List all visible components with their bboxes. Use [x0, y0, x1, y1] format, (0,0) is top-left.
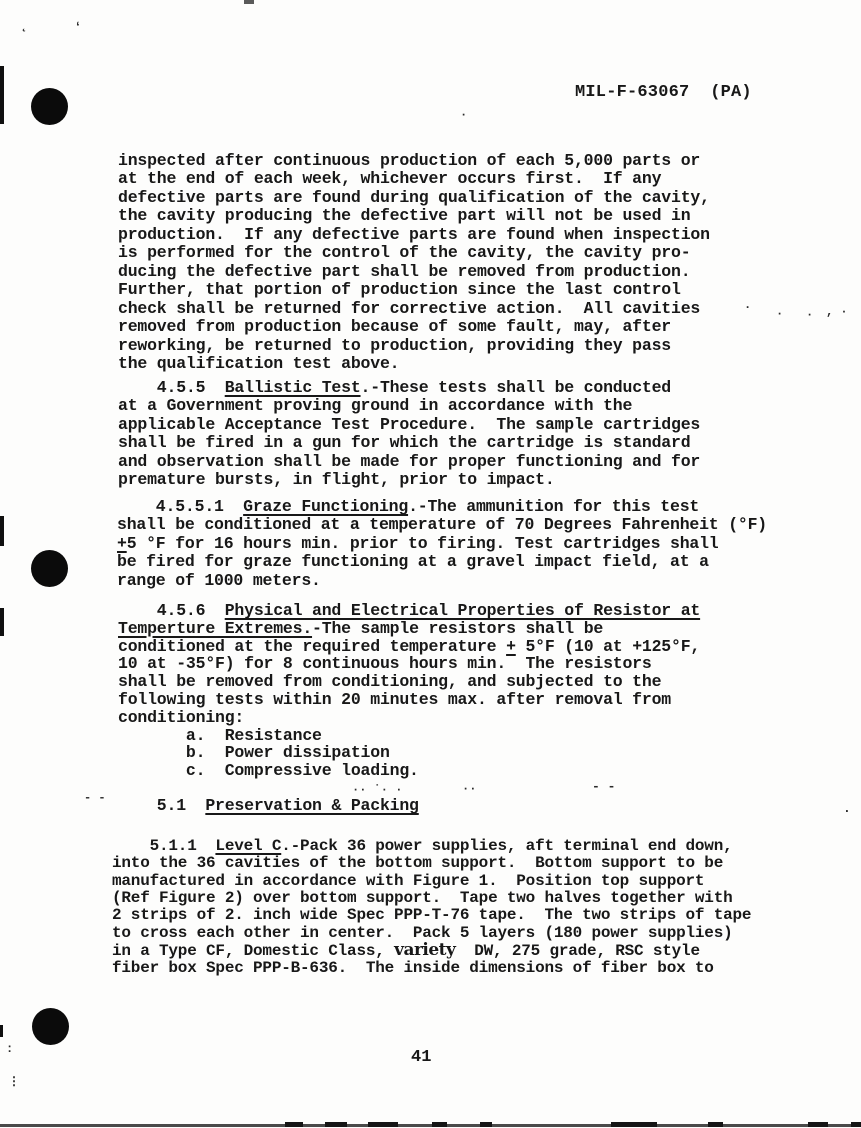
text-line: conditioning:: [118, 709, 700, 727]
text-line: Further, that portion of production sinc…: [118, 281, 710, 299]
text-line: following tests within 20 minutes max. a…: [118, 691, 700, 709]
text-line: b. Power dissipation: [118, 744, 700, 762]
scan-speck: ʻ: [74, 20, 82, 35]
hole-punch-middle: [31, 550, 68, 587]
scan-speck: ·: [460, 108, 467, 122]
text-line: (Ref Figure 2) over bottom support. Tape…: [112, 890, 751, 907]
scan-speck: ·: [776, 307, 783, 321]
text-line: shall be removed from conditioning, and …: [118, 673, 700, 691]
text-line: production. If any defective parts are f…: [118, 226, 710, 244]
hole-punch-top: [31, 88, 68, 125]
inserted-word: variety: [394, 940, 455, 960]
text-line: +5 °F for 16 hours min. prior to firing.…: [117, 535, 767, 553]
text-line: removed from production because of some …: [118, 318, 710, 336]
text-line: reworking, be returned to production, pr…: [118, 337, 710, 355]
scan-speck: :: [6, 1042, 13, 1056]
scan-speck: ˛: [20, 18, 28, 33]
text-line: 2 strips of 2. inch wide Spec PPP-T-76 t…: [112, 907, 751, 924]
text-line: in a Type CF, Domestic Class, variety DW…: [112, 942, 751, 960]
text-line: a. Resistance: [118, 727, 700, 745]
scanned-document-page: MIL-F-63067 (PA) inspected after continu…: [0, 0, 861, 1128]
scan-bottom-edge: [480, 1122, 492, 1127]
hole-punch-bottom: [32, 1008, 69, 1045]
text-line: 5.1 Preservation & Packing: [118, 797, 419, 815]
scan-bottom-edge: [0, 1124, 861, 1127]
text-line: 4.5.5.1 Graze Functioning.-The ammunitio…: [117, 498, 767, 516]
text-line: range of 1000 meters.: [117, 572, 767, 590]
text-line: applicable Acceptance Test Procedure. Th…: [118, 416, 700, 434]
scan-edge-mark: [0, 1025, 3, 1037]
scan-edge-mark: [0, 66, 4, 124]
text-line: Temperture Extremes.-The sample resistor…: [118, 620, 700, 638]
paragraph-4-5-6-physical-electrical: 4.5.6 Physical and Electrical Properties…: [118, 602, 700, 780]
text-line: ducing the defective part shall be remov…: [118, 263, 710, 281]
text-line: into the 36 cavities of the bottom suppo…: [112, 855, 751, 872]
text-line: premature bursts, in flight, prior to im…: [118, 471, 700, 489]
scan-bottom-edge: [432, 1122, 447, 1127]
scan-speck: ·· ˙· ·: [352, 783, 402, 797]
text-line: is performed for the control of the cavi…: [118, 244, 710, 262]
text-line: check shall be returned for corrective a…: [118, 300, 710, 318]
paragraph-5-1-1-level-c: 5.1.1 Level C.-Pack 36 power supplies, a…: [112, 838, 751, 978]
heading-5-1-preservation-packing: 5.1 Preservation & Packing: [118, 797, 419, 815]
text-line: fiber box Spec PPP-B-636. The inside dim…: [112, 960, 751, 977]
text-line: defective parts are found during qualifi…: [118, 189, 710, 207]
text-line: at a Government proving ground in accord…: [118, 397, 700, 415]
paragraph-4-5-5-ballistic-test: 4.5.5 Ballistic Test.-These tests shall …: [118, 379, 700, 490]
page-number: 41: [411, 1048, 431, 1067]
text-line: the cavity producing the defective part …: [118, 207, 710, 225]
text-line: shall be fired in a gun for which the ca…: [118, 434, 700, 452]
scan-speck: ⋮: [8, 1074, 20, 1089]
scan-speck: ··: [462, 782, 476, 796]
text-line: 4.5.5 Ballistic Test.-These tests shall …: [118, 379, 700, 397]
scan-speck: - -: [84, 791, 106, 805]
paragraph-qualification-continuation: inspected after continuous production of…: [118, 152, 710, 373]
text-line: at the end of each week, whichever occur…: [118, 170, 710, 188]
scan-bottom-edge: [808, 1122, 828, 1127]
scan-edge-mark: [0, 516, 4, 546]
text-line: and observation shall be made for proper…: [118, 453, 700, 471]
text-line: 5.1.1 Level C.-Pack 36 power supplies, a…: [112, 838, 751, 855]
text-line: the qualification test above.: [118, 355, 710, 373]
text-line: shall be conditioned at a temperature of…: [117, 516, 767, 534]
text-line: be fired for graze functioning at a grav…: [117, 553, 767, 571]
text-line: inspected after continuous production of…: [118, 152, 710, 170]
text-line: conditioned at the required temperature …: [118, 638, 700, 656]
scan-bottom-edge: [368, 1122, 398, 1127]
scan-speck: - -: [592, 779, 615, 794]
text-line: manufactured in accordance with Figure 1…: [112, 873, 751, 890]
scan-speck: .: [744, 298, 751, 312]
scan-bottom-edge: [708, 1122, 723, 1127]
paragraph-4-5-5-1-graze-functioning: 4.5.5.1 Graze Functioning.-The ammunitio…: [117, 498, 767, 590]
text-line: 4.5.6 Physical and Electrical Properties…: [118, 602, 700, 620]
scan-bottom-edge: [285, 1122, 303, 1127]
scan-speck: , ·: [826, 305, 848, 319]
scan-speck: ·: [806, 308, 813, 322]
scan-edge-mark: [0, 608, 4, 636]
text-line: 10 at -35°F) for 8 continuous hours min.…: [118, 655, 700, 673]
scan-bottom-edge: [611, 1122, 657, 1127]
scan-speck: .: [843, 801, 851, 816]
scan-bottom-edge: [325, 1122, 347, 1127]
scan-edge-mark: [244, 0, 254, 4]
scan-bottom-edge: [851, 1122, 861, 1127]
document-code-header: MIL-F-63067 (PA): [575, 83, 752, 102]
text-line: c. Compressive loading.: [118, 762, 700, 780]
